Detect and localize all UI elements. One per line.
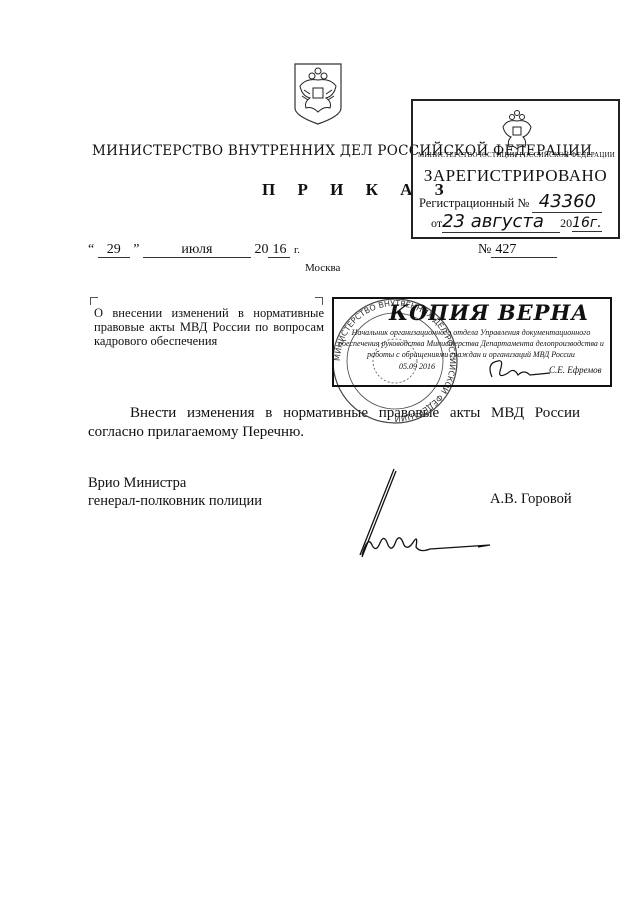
subject-corner-left	[90, 297, 98, 305]
date-day: 29	[98, 243, 130, 258]
signatory-title: Врио Министра генерал-полковник полиции	[88, 474, 262, 510]
subject-corner-right	[315, 297, 323, 305]
open-quote: “	[88, 242, 94, 257]
copy-stamp-title: КОПИЯ ВЕРНА	[389, 300, 589, 325]
registration-number-label: Регистрационный №	[419, 196, 529, 210]
signatory-title-line2: генерал-полковник полиции	[88, 492, 262, 510]
date-year-suffix: 16	[268, 243, 290, 258]
number-label: №	[478, 242, 491, 257]
date-year-unit: г.	[294, 244, 300, 256]
signatory-title-line1: Врио Министра	[88, 474, 262, 492]
close-quote: ”	[133, 242, 139, 257]
registration-date-value: 23 августа	[442, 211, 560, 233]
handwritten-signature-icon	[350, 465, 520, 565]
registration-stamp-title: ЗАРЕГИСТРИРОВАНО	[413, 166, 618, 186]
registration-number: Регистрационный № 43360	[419, 191, 602, 213]
number-value: 427	[491, 243, 557, 258]
copy-stamp-text: Начальник организационного отдела Управл…	[338, 327, 604, 360]
date-year-prefix: 20	[254, 242, 268, 257]
document-date: “ 29 ” июля 2016 г.	[88, 242, 300, 258]
document-number: №427	[478, 242, 557, 258]
copy-stamp-signature-icon	[484, 355, 554, 381]
date-month: июля	[143, 243, 251, 258]
copy-stamp-date: 05.09 2016	[399, 362, 435, 371]
registration-number-value: 43360	[532, 191, 602, 213]
document-city: Москва	[305, 262, 340, 274]
registration-year-suffix: 16г.	[572, 215, 602, 232]
stamp-coat-of-arms-icon	[499, 109, 535, 151]
certified-copy-stamp: КОПИЯ ВЕРНА Начальник организационного о…	[332, 297, 612, 387]
document-subject: О внесении изменений в нормативные право…	[94, 306, 324, 348]
registration-stamp-header: МИНИСТЕРСТВО ЮСТИЦИИ РОССИЙСКОЙ ФЕДЕРАЦИ…	[415, 151, 615, 159]
registration-stamp: МИНИСТЕРСТВО ЮСТИЦИИ РОССИЙСКОЙ ФЕДЕРАЦИ…	[411, 99, 620, 239]
registration-date: от23 августа2016г.	[431, 211, 602, 233]
registration-date-prefix: от	[431, 216, 442, 230]
copy-stamp-name: С.Е. Ефремов	[549, 365, 602, 375]
registration-year-prefix: 20	[560, 216, 572, 230]
russian-coat-of-arms-icon	[292, 62, 344, 126]
